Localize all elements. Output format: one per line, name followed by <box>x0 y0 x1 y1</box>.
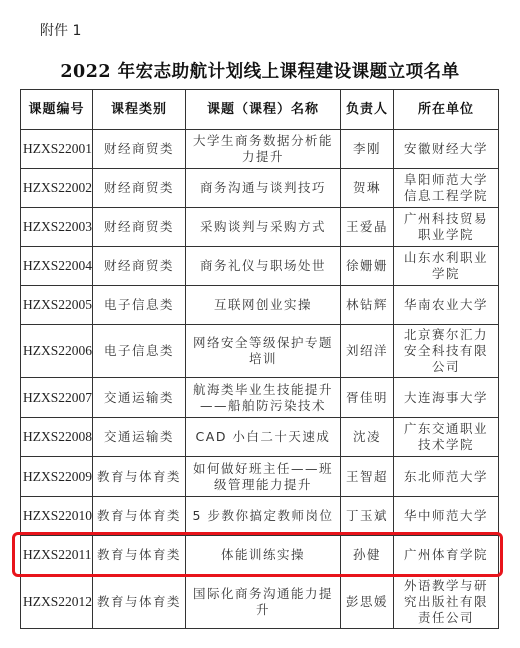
cell-lead: 孙健 <box>341 536 394 575</box>
page-title: 2022 年宏志助航计划线上课程建设课题立项名单 <box>0 58 520 83</box>
cell-code: HZXS22001 <box>21 130 93 169</box>
cell-lead: 李刚 <box>341 130 394 169</box>
attachment-label: 附件 1 <box>40 20 81 40</box>
cell-name: 商务礼仪与职场处世 <box>186 247 341 286</box>
table-row: HZXS22006电子信息类网络安全等级保护专题培训刘绍洋北京赛尔汇力安全科技有… <box>21 325 499 378</box>
cell-category: 交通运输类 <box>93 418 186 457</box>
cell-name: 商务沟通与谈判技巧 <box>186 169 341 208</box>
cell-unit: 广州体育学院 <box>394 536 499 575</box>
cell-code: HZXS22005 <box>21 286 93 325</box>
cell-unit: 外语教学与研究出版社有限责任公司 <box>394 575 499 629</box>
cell-unit: 北京赛尔汇力安全科技有限公司 <box>394 325 499 378</box>
cell-category: 财经商贸类 <box>93 169 186 208</box>
table-row: HZXS22004财经商贸类商务礼仪与职场处世徐姗姗山东水利职业学院 <box>21 247 499 286</box>
cell-name: 体能训练实操 <box>186 536 341 575</box>
cell-code: HZXS22003 <box>21 208 93 247</box>
table-row: HZXS22002财经商贸类商务沟通与谈判技巧贺琳阜阳师范大学信息工程学院 <box>21 169 499 208</box>
cell-name: 5 步教你搞定教师岗位 <box>186 497 341 536</box>
table-row: HZXS22009教育与体育类如何做好班主任——班级管理能力提升王智超东北师范大… <box>21 457 499 497</box>
cell-category: 财经商贸类 <box>93 247 186 286</box>
cell-category: 教育与体育类 <box>93 536 186 575</box>
cell-code: HZXS22008 <box>21 418 93 457</box>
table-row: HZXS22005电子信息类互联网创业实操林钻辉华南农业大学 <box>21 286 499 325</box>
cell-category: 电子信息类 <box>93 286 186 325</box>
cell-code: HZXS22004 <box>21 247 93 286</box>
cell-code: HZXS22012 <box>21 575 93 629</box>
cell-category: 教育与体育类 <box>93 575 186 629</box>
table-row: HZXS22010教育与体育类5 步教你搞定教师岗位丁玉斌华中师范大学 <box>21 497 499 536</box>
cell-name: 互联网创业实操 <box>186 286 341 325</box>
cell-lead: 贺琳 <box>341 169 394 208</box>
cell-lead: 彭思媛 <box>341 575 394 629</box>
header-unit: 所在单位 <box>394 90 499 130</box>
header-category: 课程类别 <box>93 90 186 130</box>
cell-lead: 沈凌 <box>341 418 394 457</box>
cell-code: HZXS22007 <box>21 378 93 418</box>
table-row: HZXS22001财经商贸类大学生商务数据分析能力提升李刚安徽财经大学 <box>21 130 499 169</box>
cell-lead: 林钻辉 <box>341 286 394 325</box>
table-row: HZXS22011教育与体育类体能训练实操孙健广州体育学院 <box>21 536 499 575</box>
cell-category: 电子信息类 <box>93 325 186 378</box>
cell-name: 大学生商务数据分析能力提升 <box>186 130 341 169</box>
cell-lead: 丁玉斌 <box>341 497 394 536</box>
cell-lead: 刘绍洋 <box>341 325 394 378</box>
cell-lead: 胥佳明 <box>341 378 394 418</box>
table-row: HZXS22012教育与体育类国际化商务沟通能力提升彭思媛外语教学与研究出版社有… <box>21 575 499 629</box>
cell-category: 教育与体育类 <box>93 497 186 536</box>
cell-unit: 广东交通职业技术学院 <box>394 418 499 457</box>
cell-lead: 徐姗姗 <box>341 247 394 286</box>
cell-code: HZXS22002 <box>21 169 93 208</box>
cell-unit: 阜阳师范大学信息工程学院 <box>394 169 499 208</box>
cell-code: HZXS22006 <box>21 325 93 378</box>
cell-unit: 广州科技贸易职业学院 <box>394 208 499 247</box>
cell-code: HZXS22009 <box>21 457 93 497</box>
cell-category: 财经商贸类 <box>93 130 186 169</box>
table-row: HZXS22003财经商贸类采购谈判与采购方式王爱晶广州科技贸易职业学院 <box>21 208 499 247</box>
cell-code: HZXS22011 <box>21 536 93 575</box>
table-row: HZXS22007交通运输类航海类毕业生技能提升——船舶防污染技术胥佳明大连海事… <box>21 378 499 418</box>
header-lead: 负责人 <box>341 90 394 130</box>
cell-unit: 华南农业大学 <box>394 286 499 325</box>
cell-unit: 安徽财经大学 <box>394 130 499 169</box>
cell-unit: 大连海事大学 <box>394 378 499 418</box>
cell-name: 网络安全等级保护专题培训 <box>186 325 341 378</box>
cell-category: 财经商贸类 <box>93 208 186 247</box>
cell-unit: 东北师范大学 <box>394 457 499 497</box>
header-name: 课题（课程）名称 <box>186 90 341 130</box>
header-code: 课题编号 <box>21 90 93 130</box>
cell-unit: 华中师范大学 <box>394 497 499 536</box>
cell-name: 国际化商务沟通能力提升 <box>186 575 341 629</box>
cell-category: 教育与体育类 <box>93 457 186 497</box>
cell-lead: 王爱晶 <box>341 208 394 247</box>
table-row: HZXS22008交通运输类CAD 小白二十天速成沈凌广东交通职业技术学院 <box>21 418 499 457</box>
table-header-row: 课题编号 课程类别 课题（课程）名称 负责人 所在单位 <box>21 90 499 130</box>
cell-code: HZXS22010 <box>21 497 93 536</box>
cell-name: 如何做好班主任——班级管理能力提升 <box>186 457 341 497</box>
cell-name: 航海类毕业生技能提升——船舶防污染技术 <box>186 378 341 418</box>
cell-lead: 王智超 <box>341 457 394 497</box>
cell-category: 交通运输类 <box>93 378 186 418</box>
cell-name: 采购谈判与采购方式 <box>186 208 341 247</box>
cell-name: CAD 小白二十天速成 <box>186 418 341 457</box>
project-list-table: 课题编号 课程类别 课题（课程）名称 负责人 所在单位 HZXS22001财经商… <box>20 89 499 629</box>
cell-unit: 山东水利职业学院 <box>394 247 499 286</box>
